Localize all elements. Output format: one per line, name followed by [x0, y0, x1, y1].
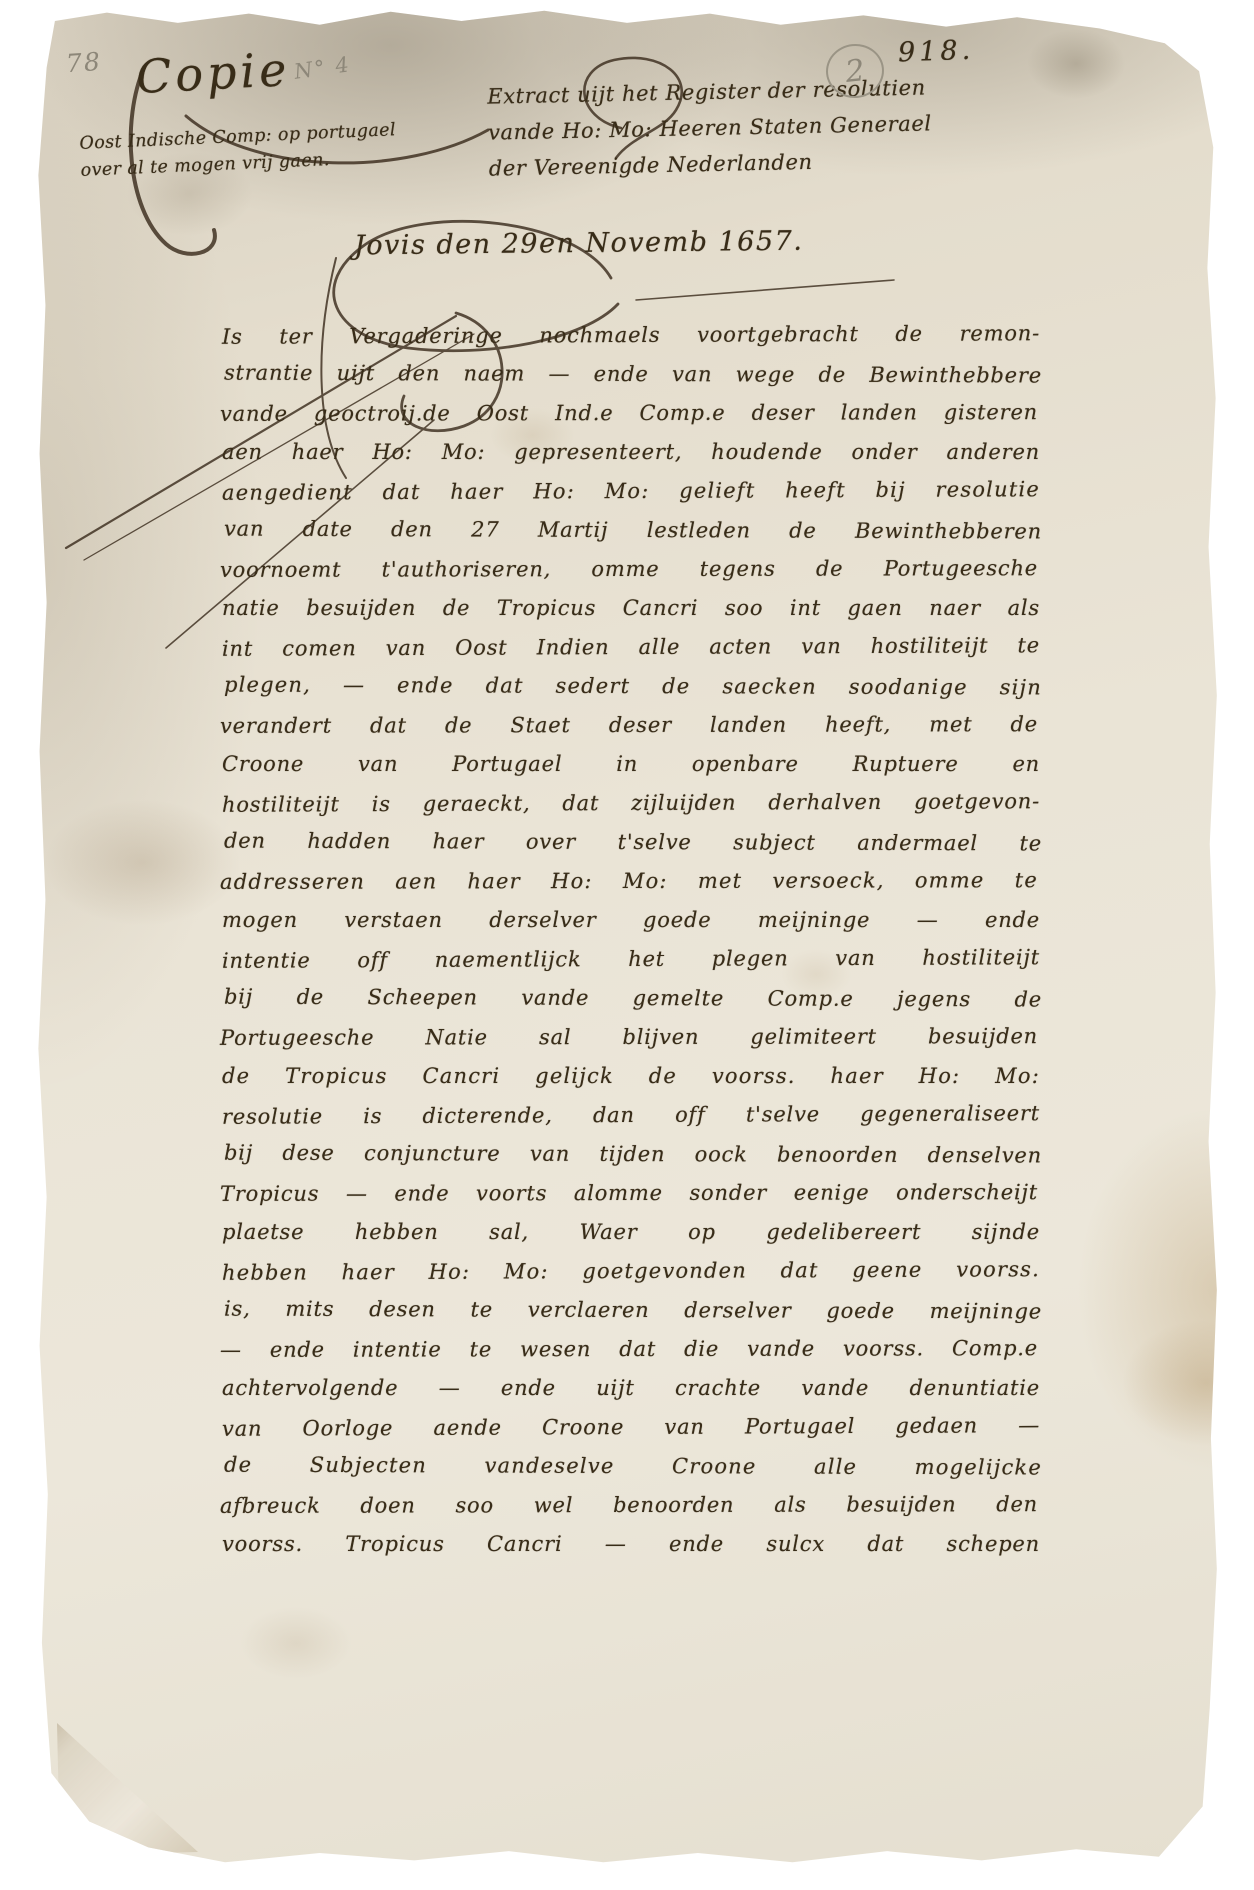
pencil-folio-number: 78	[65, 47, 103, 78]
manuscript-line: aengedient dat haer Ho: Mo: gelieft heef…	[222, 470, 1040, 513]
manuscript-line: afbreuck doen soo wel benoorden als besu…	[220, 1485, 1038, 1526]
corner-fold	[54, 1708, 204, 1858]
manuscript-line: Tropicus — ende voorts alomme sonder een…	[220, 1173, 1038, 1214]
manuscript-line: hebben haer Ho: Mo: goetgevonden dat gee…	[222, 1250, 1040, 1293]
manuscript-line: plaetse hebben sal, Waer op gedelibereer…	[222, 1213, 1040, 1252]
manuscript-line: natie besuijden de Tropicus Cancri soo i…	[222, 589, 1040, 628]
manuscript-line: addresseren aen haer Ho: Mo: met versoec…	[220, 861, 1038, 902]
manuscript-line: de Tropicus Cancri gelijck de voorss. ha…	[222, 1057, 1040, 1096]
photo-background: { "colors": { "ink": "#382c18", "pencil"…	[0, 0, 1254, 1890]
manuscript-line: Croone van Portugael in openbare Ruptuer…	[222, 745, 1040, 784]
manuscript-line: den hadden haer over t'selve subject and…	[224, 822, 1042, 864]
manuscript-line: Portugeesche Natie sal blijven gelimitee…	[220, 1017, 1038, 1058]
manuscript-line: achtervolgende — ende uijt crachte vande…	[222, 1369, 1040, 1408]
manuscript-line: aen haer Ho: Mo: gepresenteert, houdende…	[222, 433, 1040, 472]
manuscript-line: int comen van Oost Indien alle acten van…	[222, 626, 1040, 669]
manuscript-line: vande geoctroij.de Oost Ind.e Comp.e des…	[220, 393, 1038, 434]
marginal-note: Oost Indische Comp: op portugael over al…	[79, 117, 398, 185]
manuscript-line: plegen, — ende dat sedert de saecken soo…	[224, 666, 1042, 708]
ink-folio-number: 918.	[897, 35, 974, 69]
manuscript-line: mogen verstaen derselver goede meijninge…	[222, 901, 1040, 940]
manuscript-line: bij dese conjuncture van tijden oock ben…	[224, 1134, 1042, 1176]
manuscript-page: 78 Copie N° 4 Oost Indische Comp: op por…	[36, 8, 1218, 1866]
manuscript-line: strantie uijt den naem — ende van wege d…	[224, 354, 1042, 396]
pencil-number-mark: N° 4	[293, 52, 353, 84]
manuscript-line: van Oorloge aende Croone van Portugael g…	[222, 1406, 1040, 1449]
manuscript-line: resolutie is dicterende, dan off t'selve…	[222, 1094, 1040, 1137]
manuscript-line: bij de Scheepen vande gemelte Comp.e jeg…	[224, 978, 1042, 1020]
manuscript-body: Is ter Vergaderinge nochmaels voortgebra…	[222, 316, 1040, 1564]
manuscript-line: de Subjecten vandeselve Croone alle moge…	[224, 1446, 1042, 1488]
manuscript-line: verandert dat de Staet deser landen heef…	[220, 705, 1038, 746]
manuscript-line: van date den 27 Martij lestleden de Bewi…	[224, 510, 1042, 552]
manuscript-line: voornoemt t'authoriseren, omme tegens de…	[220, 549, 1038, 590]
manuscript-line: voorss. Tropicus Cancri — ende sulcx dat…	[222, 1525, 1040, 1564]
manuscript-line: intentie off naementlijck het plegen van…	[222, 938, 1040, 981]
copy-heading: Copie	[135, 42, 292, 104]
manuscript-line: Is ter Vergaderinge nochmaels voortgebra…	[222, 314, 1040, 357]
manuscript-line: is, mits desen te verclaeren derselver g…	[224, 1290, 1042, 1332]
manuscript-line: hostiliteijt is geraeckt, dat zijluijden…	[222, 782, 1040, 825]
date-line: Jovis den 29en Novemb 1657.	[354, 226, 804, 262]
manuscript-line: — ende intentie te wesen dat die vande v…	[220, 1329, 1038, 1370]
